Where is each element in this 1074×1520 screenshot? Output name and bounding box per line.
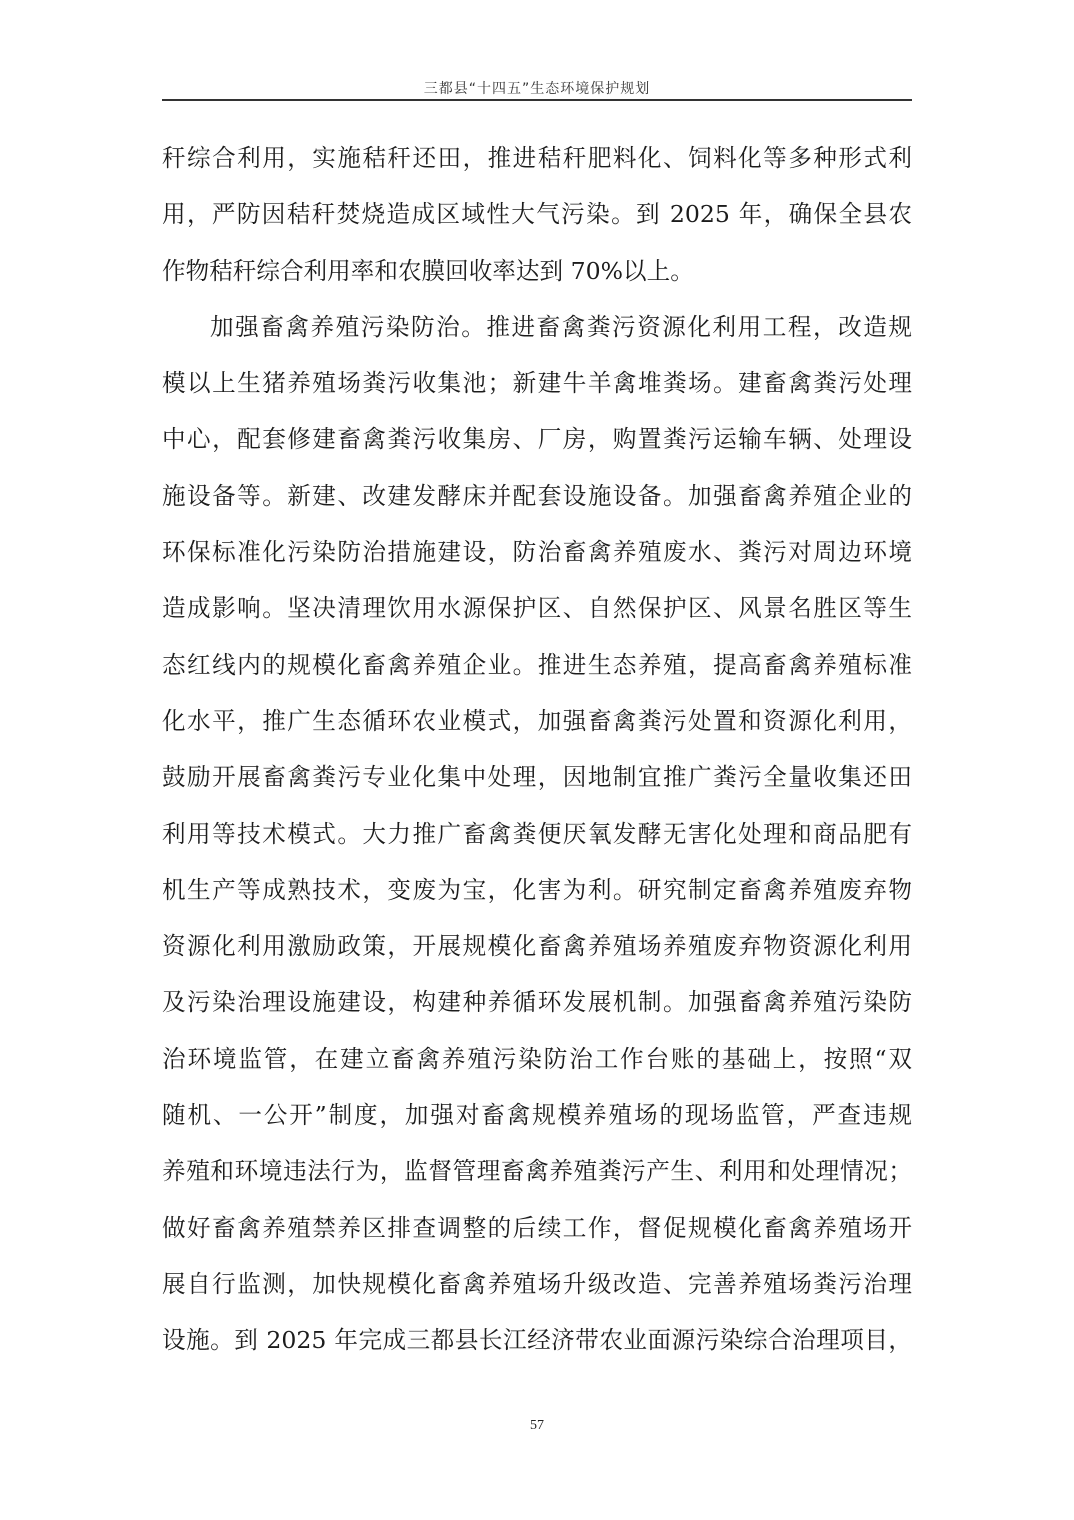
text-line: 设施。到 2025 年完成三都县长江经济带农业面源污染综合治理项目， (162, 1312, 912, 1368)
text-line: 及污染治理设施建设，构建种养循环发展机制。加强畜禽养殖污染防 (162, 974, 912, 1030)
text-line: 化水平，推广生态循环农业模式，加强畜禽粪污处置和资源化利用， (162, 693, 912, 749)
text-line: 秆综合利用，实施秸秆还田，推进秸秆肥料化、饲料化等多种形式利 (162, 130, 912, 186)
text-line: 机生产等成熟技术，变废为宝，化害为利。研究制定畜禽养殖废弃物 (162, 862, 912, 918)
text-line: 中心，配套修建畜禽粪污收集房、厂房，购置粪污运输车辆、处理设 (162, 411, 912, 467)
running-header: 三都县“十四五”生态环境保护规划 (162, 78, 912, 98)
text-line: 模以上生猪养殖场粪污收集池；新建牛羊禽堆粪场。建畜禽粪污处理 (162, 355, 912, 411)
text-line: 展自行监测，加快规模化畜禽养殖场升级改造、完善养殖场粪污治理 (162, 1256, 912, 1312)
text-line: 鼓励开展畜禽粪污专业化集中处理，因地制宜推广粪污全量收集还田 (162, 749, 912, 805)
page-number: 57 (0, 1418, 1074, 1434)
text-line: 用，严防因秸秆焚烧造成区域性大气污染。到 2025 年，确保全县农 (162, 186, 912, 242)
text-line: 造成影响。坚决清理饮用水源保护区、自然保护区、风景名胜区等生 (162, 580, 912, 636)
text-line: 施设备等。新建、改建发酵床并配套设施设备。加强畜禽养殖企业的 (162, 468, 912, 524)
body-text: 秆综合利用，实施秸秆还田，推进秸秆肥料化、饲料化等多种形式利 用，严防因秸秆焚烧… (162, 130, 912, 1369)
text-line: 态红线内的规模化畜禽养殖企业。推进生态养殖，提高畜禽养殖标准 (162, 637, 912, 693)
text-line: 环保标准化污染防治措施建设，防治畜禽养殖废水、粪污对周边环境 (162, 524, 912, 580)
text-line: 利用等技术模式。大力推广畜禽粪便厌氧发酵无害化处理和商品肥有 (162, 806, 912, 862)
header-divider (162, 99, 912, 101)
text-line: 作物秸秆综合利用率和农膜回收率达到 70%以上。 (162, 243, 912, 299)
text-line: 养殖和环境违法行为，监督管理畜禽养殖粪污产生、利用和处理情况； (162, 1143, 912, 1199)
text-line: 资源化利用激励政策，开展规模化畜禽养殖场养殖废弃物资源化利用 (162, 918, 912, 974)
text-line: 加强畜禽养殖污染防治。推进畜禽粪污资源化利用工程，改造规 (162, 299, 912, 355)
text-line: 做好畜禽养殖禁养区排查调整的后续工作，督促规模化畜禽养殖场开 (162, 1200, 912, 1256)
text-line: 治环境监管，在建立畜禽养殖污染防治工作台账的基础上，按照“双 (162, 1031, 912, 1087)
text-line: 随机、一公开”制度，加强对畜禽规模养殖场的现场监管，严查违规 (162, 1087, 912, 1143)
